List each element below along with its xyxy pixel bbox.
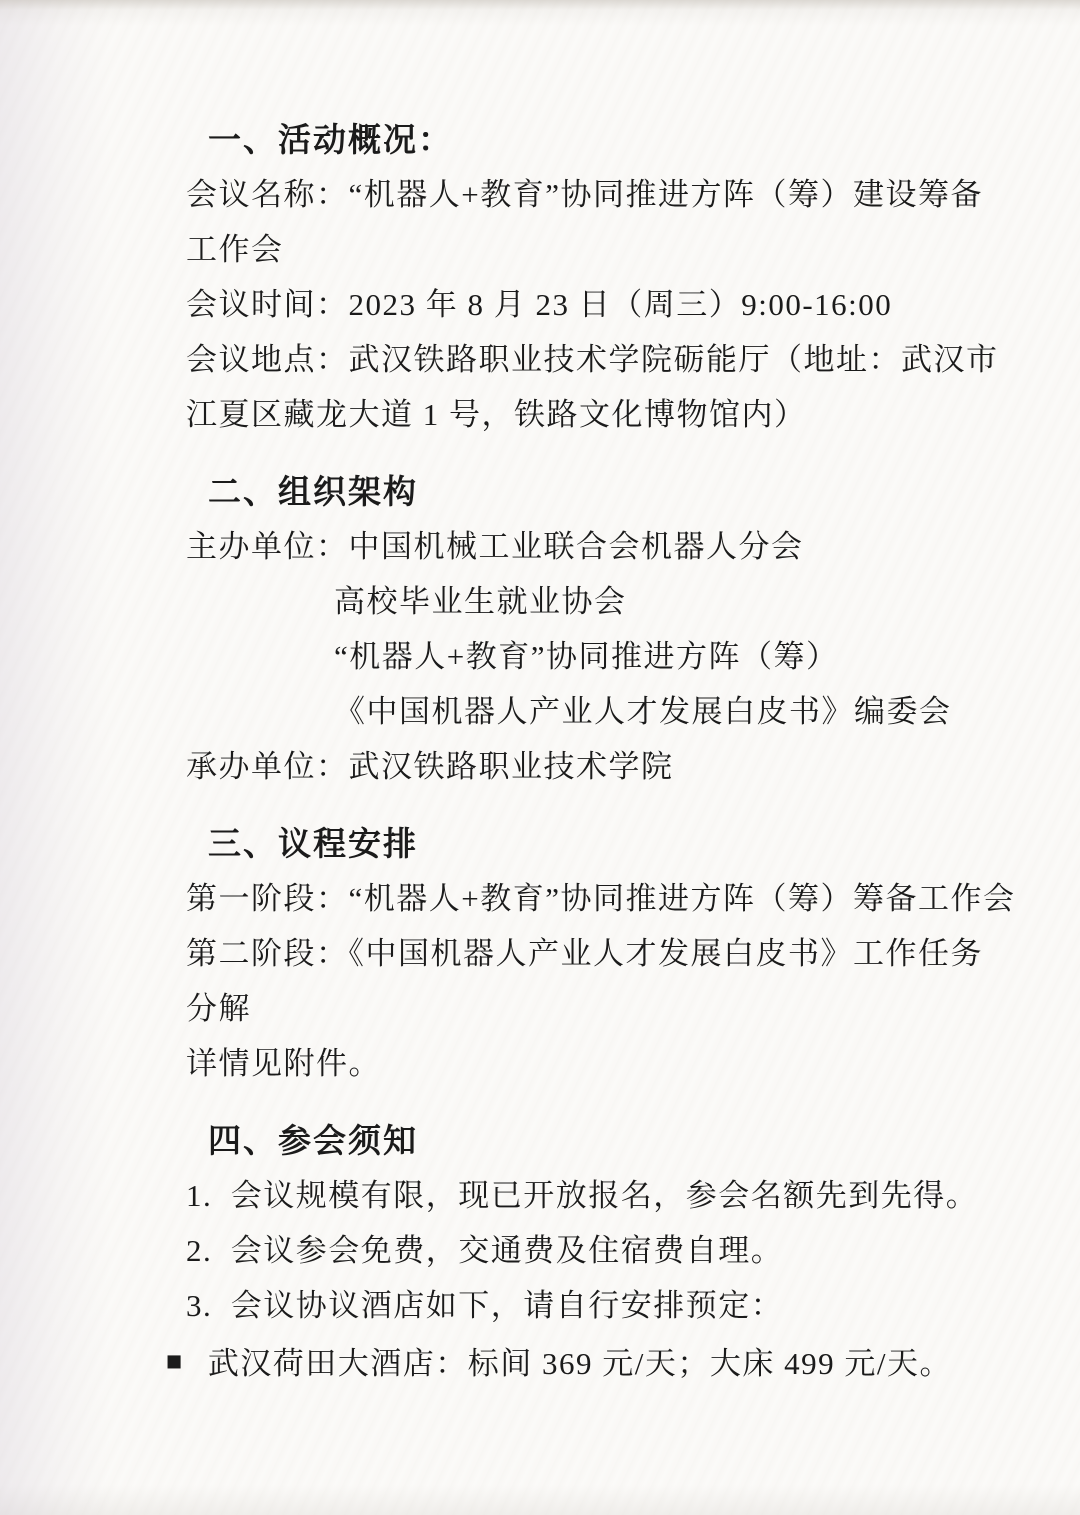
body-line: 工作会: [186, 222, 970, 277]
body-line: 分解: [186, 981, 970, 1036]
numbered-item: 2. 会议参会免费，交通费及住宿费自理。: [186, 1223, 970, 1278]
section-attendance-notes: 四、参会须知 1. 会议规模有限，现已开放报名，参会名额先到先得。 2. 会议参…: [186, 1113, 970, 1388]
body-line: 会议名称：“机器人+教育”协同推进方阵（筹）建设筹备: [186, 167, 970, 222]
scanned-notice-page: 一、活动概况： 会议名称：“机器人+教育”协同推进方阵（筹）建设筹备 工作会 会…: [0, 0, 1080, 1515]
section-agenda: 三、议程安排 第一阶段：“机器人+教育”协同推进方阵（筹）筹备工作会 第二阶段：…: [186, 816, 970, 1091]
body-line: 承办单位：武汉铁路职业技术学院: [186, 739, 970, 794]
body-line: 主办单位：中国机械工业联合会机器人分会: [186, 519, 970, 574]
section-heading: 四、参会须知: [186, 1113, 970, 1168]
body-line: 会议地点：武汉铁路职业技术学院砺能厅（地址：武汉市: [186, 332, 970, 387]
section-heading: 一、活动概况：: [186, 112, 970, 167]
body-line: 江夏区藏龙大道 1 号，铁路文化博物馆内）: [186, 387, 970, 442]
square-bullet-icon: ■: [166, 1348, 184, 1375]
body-line-indented: 《中国机器人产业人才发展白皮书》编委会: [186, 684, 970, 739]
section-heading: 三、议程安排: [186, 816, 970, 871]
section-activity-overview: 一、活动概况： 会议名称：“机器人+教育”协同推进方阵（筹）建设筹备 工作会 会…: [186, 112, 970, 442]
body-line-indented: “机器人+教育”协同推进方阵（筹）: [186, 629, 970, 684]
section-heading: 二、组织架构: [186, 464, 970, 519]
section-organization: 二、组织架构 主办单位：中国机械工业联合会机器人分会 高校毕业生就业协会 “机器…: [186, 464, 970, 794]
body-line: 第二阶段：《中国机器人产业人才发展白皮书》工作任务: [186, 926, 970, 981]
body-line: 详情见附件。: [186, 1036, 970, 1091]
body-line: 第一阶段：“机器人+教育”协同推进方阵（筹）筹备工作会: [186, 871, 970, 926]
body-line-indented: 高校毕业生就业协会: [186, 574, 970, 629]
hotel-bullet-item: ■ 武汉荷田大酒店：标间 369 元/天；大床 499 元/天。: [166, 1333, 970, 1388]
body-line: 会议时间：2023 年 8 月 23 日（周三）9:00-16:00: [186, 277, 970, 332]
hotel-bullet-text: 武汉荷田大酒店：标间 369 元/天；大床 499 元/天。: [208, 1338, 952, 1383]
numbered-item: 1. 会议规模有限，现已开放报名，参会名额先到先得。: [186, 1168, 970, 1223]
numbered-item: 3. 会议协议酒店如下，请自行安排预定：: [186, 1278, 970, 1333]
